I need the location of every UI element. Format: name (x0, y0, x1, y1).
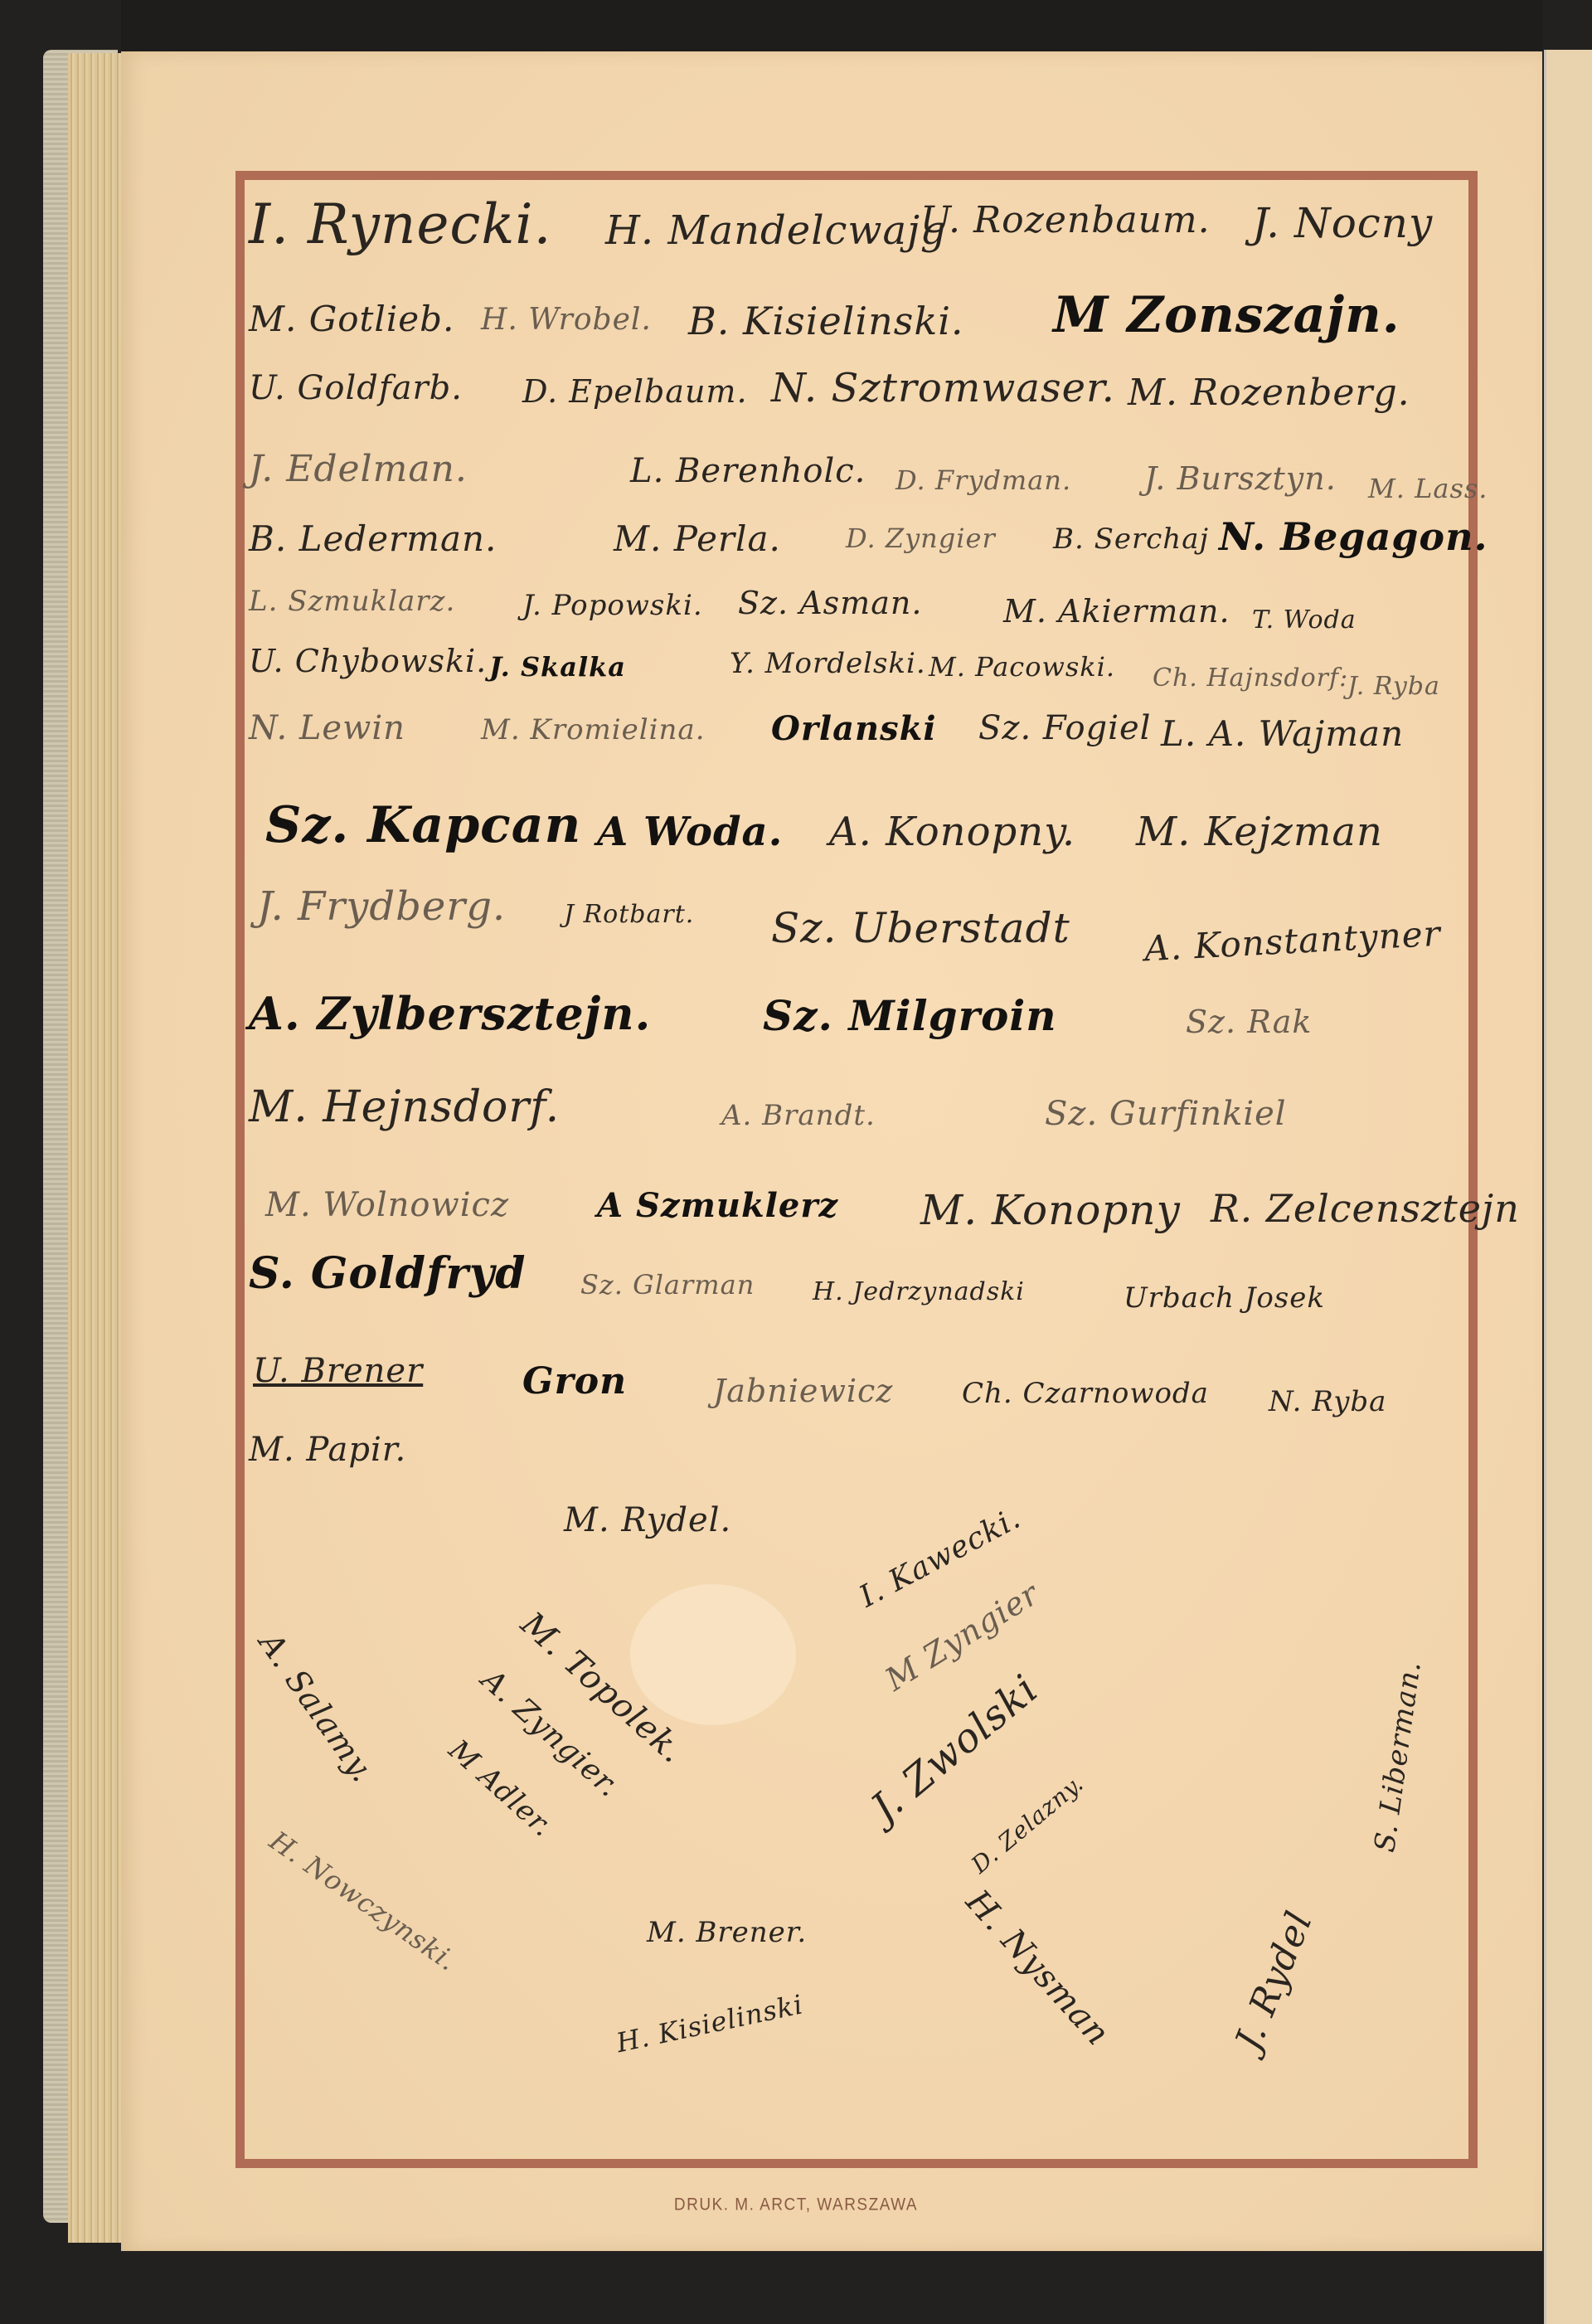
signature: M. Brener. (647, 1916, 807, 1949)
signature: Sz. Uberstadt (771, 904, 1070, 952)
page-edges (68, 53, 121, 2243)
signature: Sz. Fogiel (978, 709, 1151, 747)
signature: Ch. Czarnowoda (962, 1377, 1209, 1410)
signature: N. Begagon. (1219, 514, 1488, 559)
signature: M. Pacowski. (929, 651, 1115, 683)
signature: A Woda. (597, 809, 783, 855)
signature: Orlanski (771, 709, 937, 748)
signature: S. Goldfryd (249, 1248, 526, 1299)
signature: Sz. Glarman (580, 1269, 755, 1301)
signature: R. Zelcensztejn (1211, 1186, 1520, 1231)
signature: B. Lederman. (249, 518, 497, 559)
signature: U. Chybowski. (249, 643, 487, 679)
signature: Gron (522, 1360, 627, 1403)
signature: M. Wolnowicz (265, 1186, 509, 1224)
signature: B. Serchaj (1053, 523, 1209, 556)
signature: A. Zylbersztejn. (249, 987, 651, 1040)
signature: J Rotbart. (564, 900, 694, 929)
signature: N. Sztromwaser. (771, 365, 1115, 411)
signature: J. Popowski. (522, 589, 703, 622)
signature: M. Hejnsdorf. (249, 1082, 560, 1132)
signature: N. Lewin (249, 709, 405, 747)
signature: M. Papir. (249, 1431, 406, 1469)
printer-imprint: DRUK. M. ARCT, WARSZAWA (0, 2195, 1592, 2215)
signature: L. Szmuklarz. (249, 585, 455, 618)
signature: B. Kisielinski. (688, 299, 964, 343)
signature: M. Perla. (614, 518, 781, 559)
signature: U. Goldfarb. (249, 369, 463, 407)
signature: J. Frydberg. (257, 883, 506, 930)
signature: A. Brandt. (721, 1099, 876, 1132)
signature: M. Gotlieb. (249, 299, 454, 339)
signature: M Zonszajn. (1053, 286, 1400, 344)
signature: Y. Mordelski. (730, 647, 926, 680)
signature: J. Ryba (1347, 672, 1440, 701)
signature: H. Jedrzynadski (813, 1277, 1025, 1306)
signature: D. Frydman. (895, 464, 1071, 496)
signature: H. Mandelcwajg (605, 207, 947, 254)
signature: M. Lass. (1368, 473, 1488, 504)
signature: Sz. Asman. (738, 585, 922, 621)
signature: M. Konopny (920, 1186, 1181, 1234)
signature: J. Edelman. (249, 448, 468, 490)
signature: L. A. Wajman (1161, 713, 1404, 754)
signature: Ch. Hajnsdorf: (1153, 664, 1348, 693)
facing-page-edge (1544, 50, 1592, 2324)
signature: M. Rozenberg. (1128, 372, 1410, 414)
signature: A. Konopny. (829, 809, 1075, 855)
signature: J. Skalka (489, 651, 626, 683)
signature: M. Kejzman (1136, 809, 1383, 855)
signature: M. Kromielina. (481, 713, 706, 746)
signature: U. Brener (253, 1352, 423, 1390)
signature: D. Zyngier (846, 523, 996, 554)
scan-background-top (121, 0, 1542, 51)
signature: I. Rynecki. (249, 192, 551, 256)
signature: U. Rozenbaum. (920, 199, 1211, 241)
signature: J. Nocny (1252, 199, 1433, 247)
signature: L. Berenholc. (630, 452, 866, 490)
signature: Sz. Rak (1186, 1004, 1312, 1040)
signature: A Szmuklerz (597, 1186, 838, 1225)
signature: D. Epelbaum. (522, 373, 748, 410)
signature: Sz. Milgroin (763, 991, 1057, 1040)
signature: T. Woda (1252, 605, 1357, 634)
signature: M. Rydel. (564, 1501, 731, 1539)
signature: Sz. Gurfinkiel (1045, 1095, 1287, 1133)
signature: M. Akierman. (1003, 593, 1230, 630)
signature: N. Ryba (1269, 1385, 1386, 1418)
signature: Jabniewicz (713, 1373, 893, 1409)
signature: H. Wrobel. (481, 303, 652, 337)
signature: J. Bursztyn. (1144, 460, 1337, 497)
signature: Sz. Kapcan (265, 796, 581, 854)
signature: Urbach Josek (1124, 1281, 1325, 1315)
